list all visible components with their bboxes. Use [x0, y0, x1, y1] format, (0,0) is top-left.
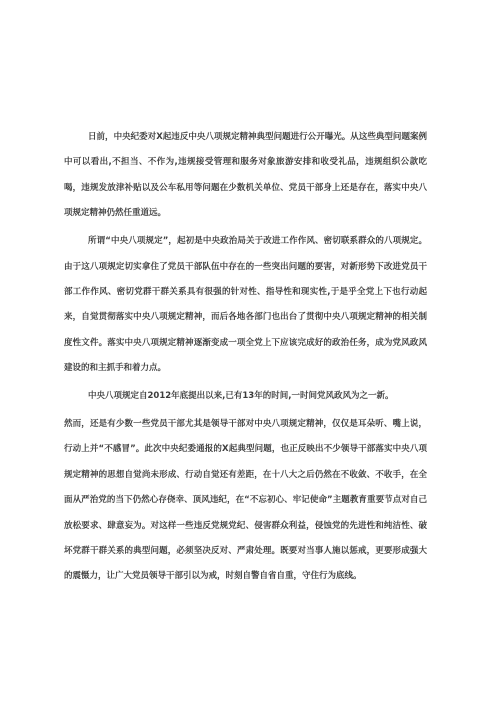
paragraph-regulation-origin: 所谓“中央八项规定”，起初是中央政治局关于改进工作作风、密切联系群众的八项规定。… — [64, 229, 427, 381]
paragraph-however-criticism: 然而，还是有少数一些党员干部尤其是领导干部对中央八项规定精神，仅仅是耳朵听、嘴上… — [64, 412, 427, 590]
document-body: 日前，中央纪委对X起违反中央八项规定精神典型问题进行公开曝光。从这些典型问题案例… — [64, 125, 427, 592]
document-page: 日前，中央纪委对X起违反中央八项规定精神典型问题进行公开曝光。从这些典型问题案例… — [0, 0, 500, 707]
paragraph-since-2012: 中央八项规定自2012年底提出以来,已有13年的时间,一时间党风政风为之一新。 — [64, 384, 427, 409]
paragraph-exposure-intro: 日前，中央纪委对X起违反中央八项规定精神典型问题进行公开曝光。从这些典型问题案例… — [64, 125, 427, 227]
